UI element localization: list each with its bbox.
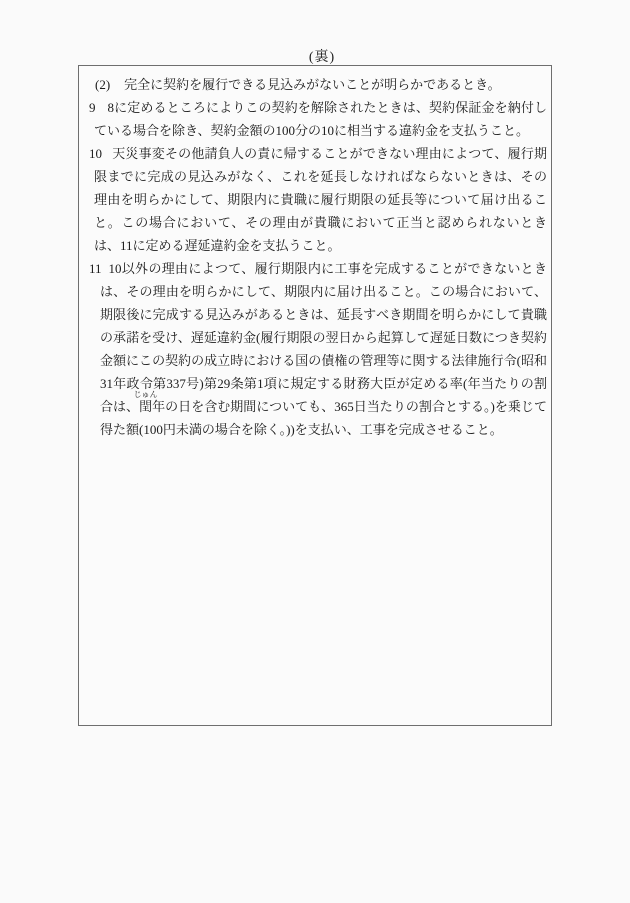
ruby-annotated-char: じゅん閏 — [139, 399, 152, 414]
clause-number: 9 — [89, 100, 96, 115]
page-side-label: (裏) — [78, 46, 552, 66]
clause-number: 11 — [89, 261, 102, 276]
item-text: 完全に契約を履行できる見込みがないことが明らかであるとき。 — [124, 77, 500, 92]
clause-9: 98に定めるところによりこの契約を解除されたときは、契約保証金を納付している場合… — [89, 96, 547, 142]
list-item-2: (2)完全に契約を履行できる見込みがないことが明らかであるとき。 — [89, 73, 547, 96]
clause-10: 10天災事変その他請負人の責に帰することができない理由によつて、履行期限までに完… — [89, 142, 547, 257]
clause-text-after-ruby: 年の日を含む期間についても、365日当たりの割合とする。)を乗じて得た額(100… — [100, 399, 547, 437]
clause-11: 1110以外の理由によつて、履行期限内に工事を完成することができないときは、その… — [89, 257, 547, 441]
furigana-text: じゅん — [134, 391, 158, 399]
item-number: (2) — [95, 77, 110, 92]
ruby-base-char: 閏 — [139, 399, 152, 414]
clause-text-before-ruby: 10以外の理由によつて、履行期限内に工事を完成することができないときは、その理由… — [100, 261, 547, 414]
contract-terms-box: (2)完全に契約を履行できる見込みがないことが明らかであるとき。 98に定めると… — [78, 65, 552, 726]
clause-text: 8に定めるところによりこの契約を解除されたときは、契約保証金を納付している場合を… — [94, 100, 547, 138]
clause-number: 10 — [89, 146, 102, 161]
clause-text: 天災事変その他請負人の責に帰することができない理由によつて、履行期限までに完成の… — [94, 146, 547, 253]
